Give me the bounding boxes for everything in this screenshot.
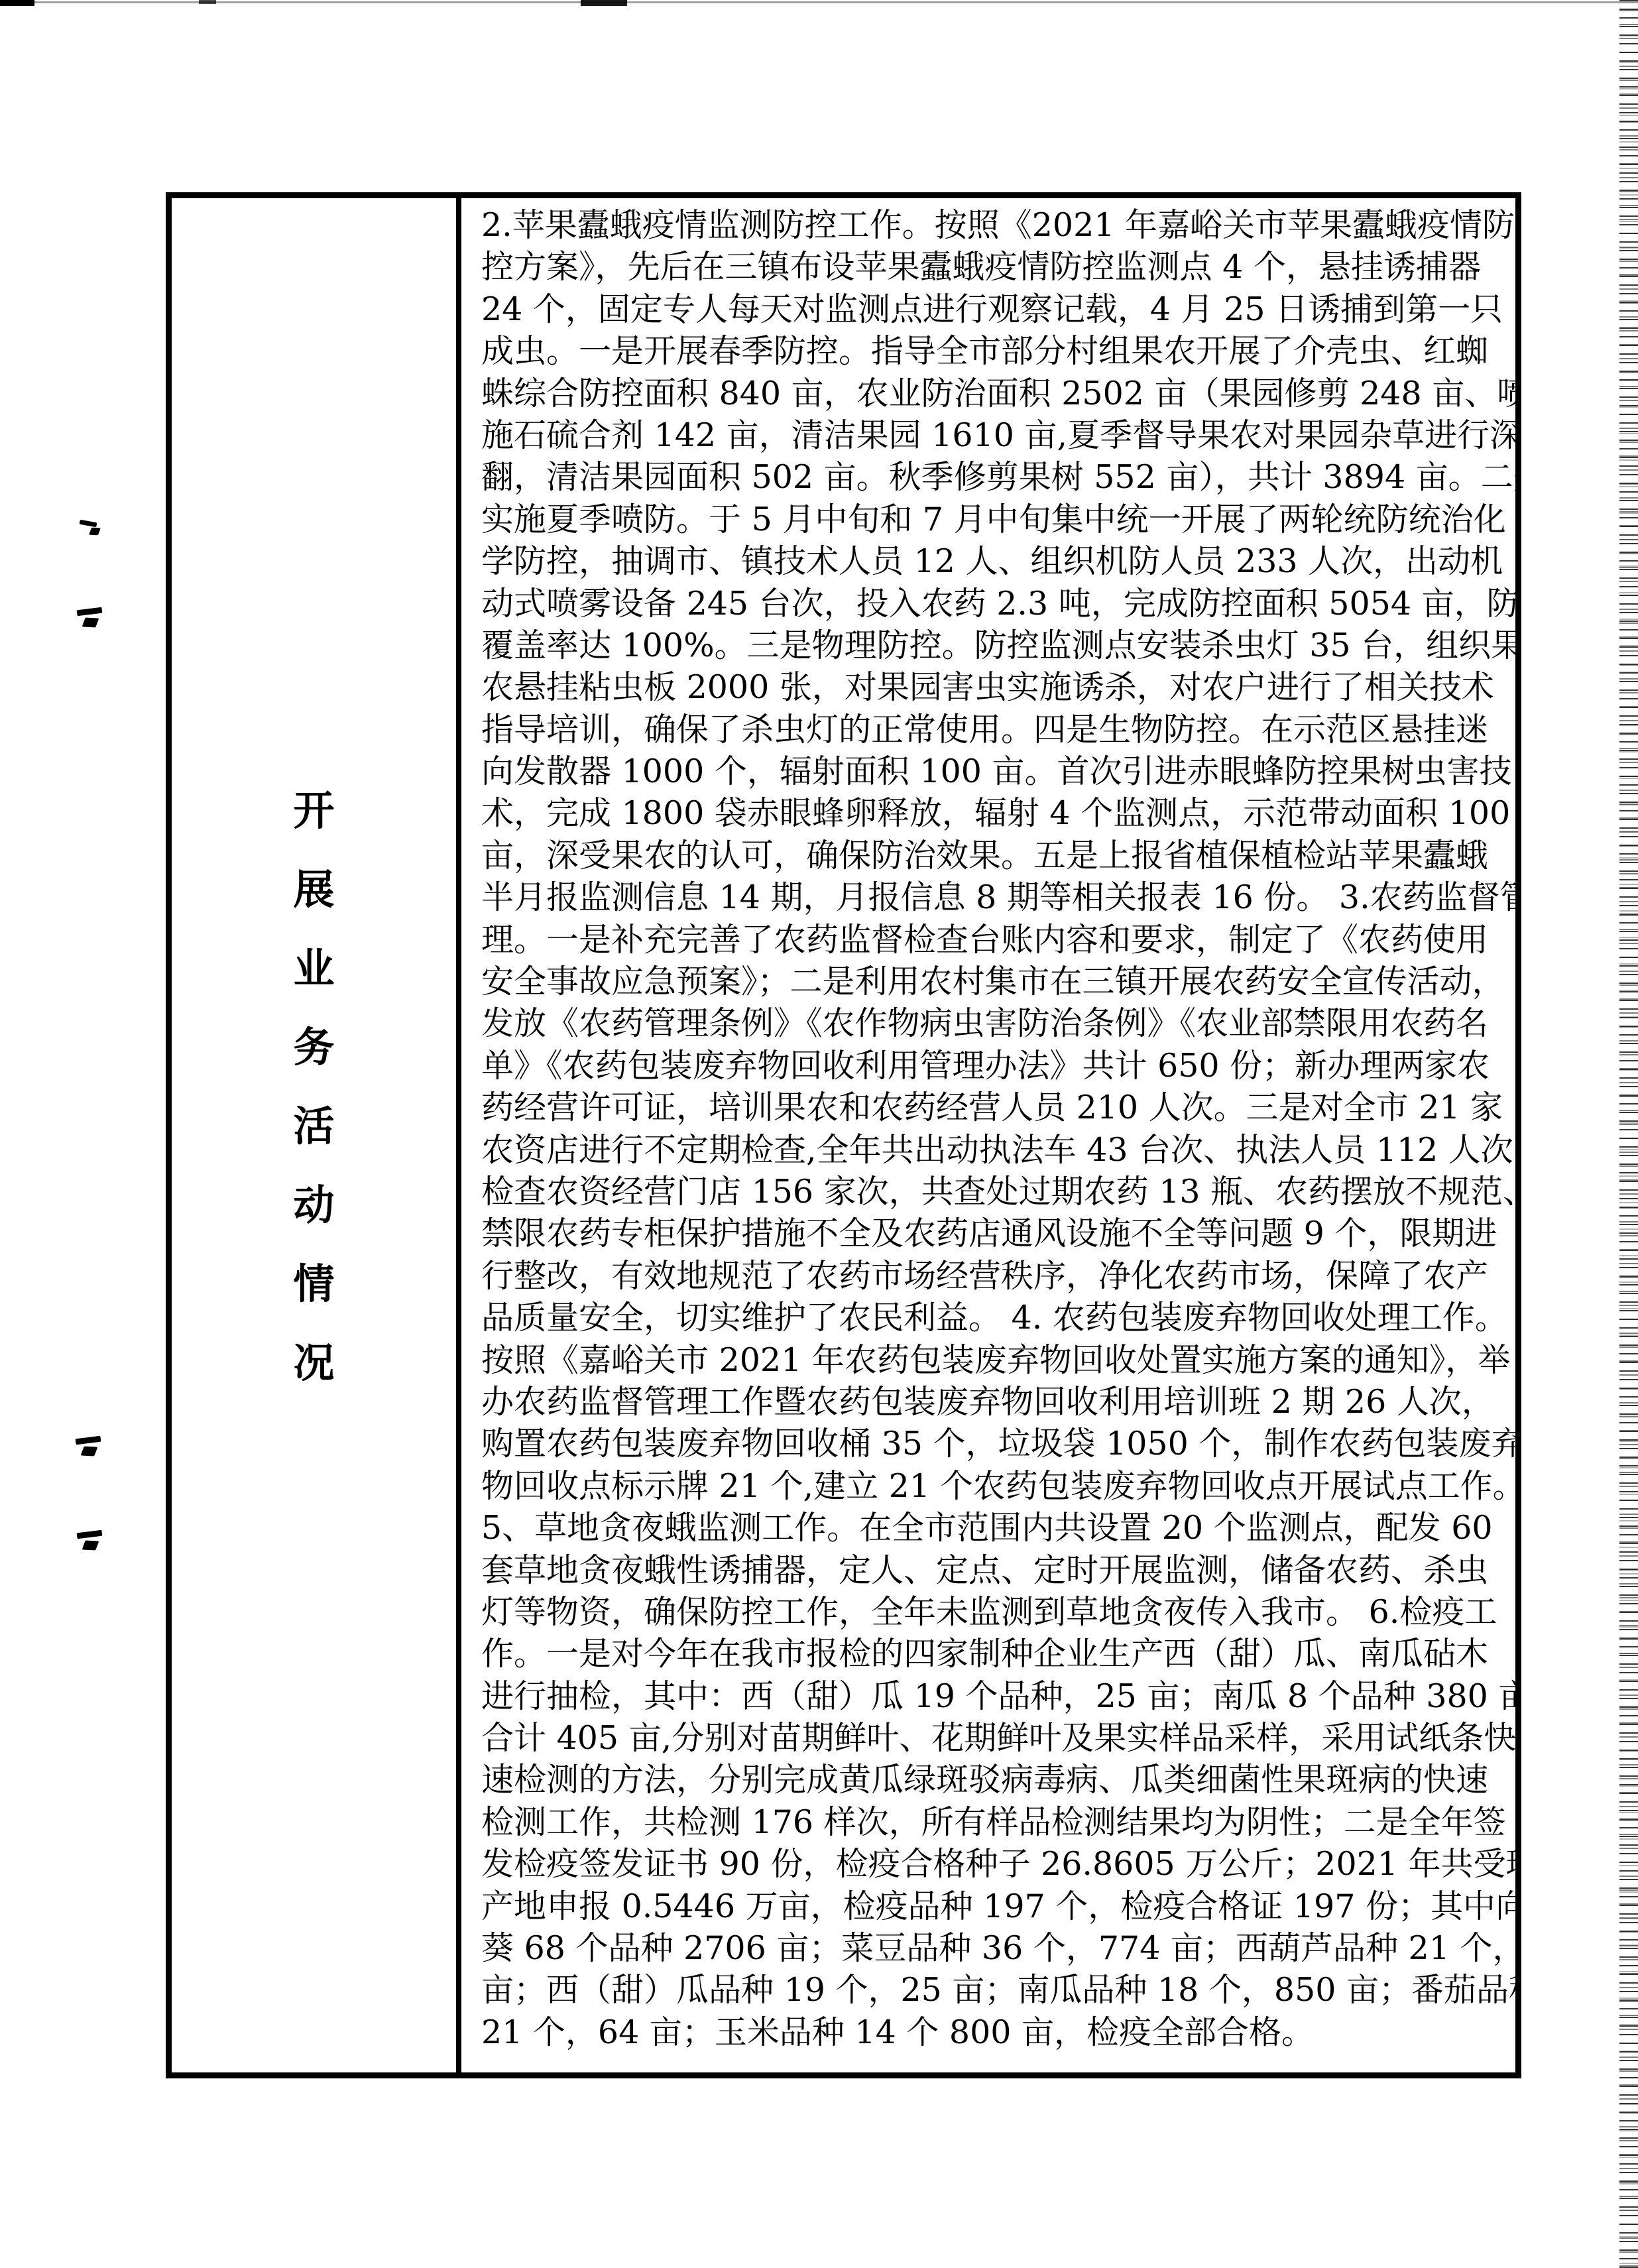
scan-bleed-noise [1619, 0, 1638, 2268]
text-line: 21 个，64 亩；玉米品种 14 个 800 亩，检疫全部合格。 [481, 2011, 1503, 2053]
row-header-char: 况 [293, 1343, 334, 1384]
text-line: 实施夏季喷防。于 5 月中旬和 7 月中旬集中统一开展了两轮统防统治化 [481, 499, 1503, 540]
text-line: 品质量安全，切实维护了农民利益。 4. 农药包装废弃物回收处理工作。 [481, 1297, 1503, 1339]
text-line: 检查农资经营门店 156 家次，共查处过期农药 13 瓶、农药摆放不规范、 [481, 1171, 1503, 1213]
text-line: 发检疫签发证书 90 份，检疫合格种子 26.8605 万公斤；2021 年共受… [481, 1843, 1503, 1885]
text-line: 翻，清洁果园面积 502 亩。秋季修剪果树 552 亩），共计 3894 亩。二… [481, 456, 1503, 498]
row-header-char: 动 [293, 1185, 334, 1226]
ink-smudge [76, 1530, 106, 1554]
text-line: 亩，深受果农的认可，确保防治效果。五是上报省植保植检站苹果蠹蛾 [481, 835, 1503, 876]
ink-smudge [78, 520, 109, 544]
ink-smudge [76, 607, 106, 631]
text-line: 动式喷雾设备 245 台次，投入农药 2.3 吨，完成防控面积 5054 亩，防… [481, 583, 1503, 625]
text-line: 半月报监测信息 14 期，月报信息 8 期等相关报表 16 份。 3.农药监督管 [481, 876, 1503, 918]
report-table: 开展业务活动情况 2.苹果蠹蛾疫情监测防控工作。按照《2021 年嘉峪关市苹果蠹… [166, 192, 1521, 2078]
activity-report-cell: 2.苹果蠹蛾疫情监测防控工作。按照《2021 年嘉峪关市苹果蠹蛾疫情防控方案》，… [461, 198, 1515, 2072]
text-line: 作。一是对今年在我市报检的四家制种企业生产西（甜）瓜、南瓜砧木 [481, 1633, 1503, 1675]
text-line: 覆盖率达 100%。三是物理防控。防控监测点安装杀虫灯 35 台，组织果 [481, 625, 1503, 666]
text-line: 单》《农药包装废弃物回收利用管理办法》共计 650 份；新办理两家农 [481, 1045, 1503, 1087]
text-line: 物回收点标示牌 21 个,建立 21 个农药包装废弃物回收点开展试点工作。 [481, 1465, 1503, 1507]
row-header-cell: 开展业务活动情况 [172, 198, 461, 2072]
text-line: 发放《农药管理条例》《农作物病虫害防治条例》《农业部禁限用农药名 [481, 1002, 1503, 1044]
text-line: 施石硫合剂 142 亩，清洁果园 1610 亩,夏季督导果农对果园杂草进行深 [481, 414, 1503, 456]
text-line: 药经营许可证，培训果农和农药经营人员 210 人次。三是对全市 21 家 [481, 1087, 1503, 1128]
row-header-char: 开 [293, 790, 334, 831]
text-line: 蛛综合防控面积 840 亩，农业防治面积 2502 亩（果园修剪 248 亩、喷 [481, 373, 1503, 414]
scan-edge-artifact [0, 0, 34, 6]
row-header-char: 活 [293, 1106, 334, 1147]
text-line: 农悬挂粘虫板 2000 张，对果园害虫实施诱杀，对农户进行了相关技术 [481, 666, 1503, 708]
text-line: 合计 405 亩,分别对苗期鲜叶、花期鲜叶及果实样品采样，采用试纸条快 [481, 1717, 1503, 1759]
row-header-char: 务 [293, 1027, 334, 1068]
text-line: 安全事故应急预案》；二是利用农村集市在三镇开展农药安全宣传活动， [481, 961, 1503, 1002]
text-line: 5、草地贪夜蛾监测工作。在全市范围内共设置 20 个监测点，配发 60 [481, 1507, 1503, 1549]
scan-edge-artifact [199, 0, 216, 4]
text-line: 按照《嘉峪关市 2021 年农药包装废弃物回收处置实施方案的通知》，举 [481, 1339, 1503, 1381]
text-line: 禁限农药专柜保护措施不全及农药店通风设施不全等问题 9 个，限期进 [481, 1213, 1503, 1254]
text-line: 行整改，有效地规范了农药市场经营秩序，净化农药市场，保障了农产 [481, 1255, 1503, 1297]
scan-edge-artifact [0, 1, 1638, 3]
row-header-char: 展 [293, 869, 334, 910]
text-line: 控方案》，先后在三镇布设苹果蠹蛾疫情防控监测点 4 个，悬挂诱捕器 [481, 246, 1503, 288]
text-line: 速检测的方法，分别完成黄瓜绿斑驳病毒病、瓜类细菌性果斑病的快速 [481, 1759, 1503, 1801]
scanned-page: { "colors": { "ink": "#000000", "paper":… [0, 0, 1638, 2268]
text-line: 24 个，固定专人每天对监测点进行观察记载，4 月 25 日诱捕到第一只 [481, 288, 1503, 330]
text-line: 灯等物资，确保防控工作，全年未监测到草地贪夜传入我市。 6.检疫工 [481, 1591, 1503, 1633]
row-header-char: 业 [293, 948, 334, 989]
text-line: 检测工作，共检测 176 样次，所有样品检测结果均为阴性；二是全年签 [481, 1801, 1503, 1843]
text-line: 亩；西（甜）瓜品种 19 个，25 亩；南瓜品种 18 个，850 亩；番茄品种 [481, 1969, 1503, 2011]
text-line: 葵 68 个品种 2706 亩；菜豆品种 36 个，774 亩；西葫芦品种 21… [481, 1927, 1503, 1969]
text-line: 成虫。一是开展春季防控。指导全市部分村组果农开展了介壳虫、红蜘 [481, 330, 1503, 372]
text-line: 产地申报 0.5446 万亩，检疫品种 197 个，检疫合格证 197 份；其中… [481, 1885, 1503, 1927]
scan-edge-artifact [581, 0, 627, 6]
ink-smudge [74, 1436, 105, 1460]
text-line: 购置农药包装废弃物回收桶 35 个，垃圾袋 1050 个，制作农药包装废弃 [481, 1423, 1503, 1464]
text-line: 指导培训，确保了杀虫灯的正常使用。四是生物防控。在示范区悬挂迷 [481, 709, 1503, 750]
text-line: 术，完成 1800 袋赤眼蜂卵释放，辐射 4 个监测点，示范带动面积 100 [481, 792, 1503, 834]
text-line: 进行抽检，其中：西（甜）瓜 19 个品种，25 亩；南瓜 8 个品种 380 亩… [481, 1675, 1503, 1717]
text-line: 向发散器 1000 个，辐射面积 100 亩。首次引进赤眼蜂防控果树虫害技 [481, 750, 1503, 792]
row-header-char: 情 [293, 1264, 334, 1305]
text-line: 套草地贪夜蛾性诱捕器，定人、定点、定时开展监测，储备农药、杀虫 [481, 1549, 1503, 1591]
text-line: 理。一是补充完善了农药监督检查台账内容和要求，制定了《农药使用 [481, 919, 1503, 961]
text-line: 农资店进行不定期检查,全年共出动执法车 43 台次、执法人员 112 人次， [481, 1129, 1503, 1171]
text-line: 学防控，抽调市、镇技术人员 12 人、组织机防人员 233 人次，出动机 [481, 540, 1503, 582]
text-line: 办农药监督管理工作暨农药包装废弃物回收利用培训班 2 期 26 人次， [481, 1381, 1503, 1423]
text-line: 2.苹果蠹蛾疫情监测防控工作。按照《2021 年嘉峪关市苹果蠹蛾疫情防 [481, 204, 1503, 246]
